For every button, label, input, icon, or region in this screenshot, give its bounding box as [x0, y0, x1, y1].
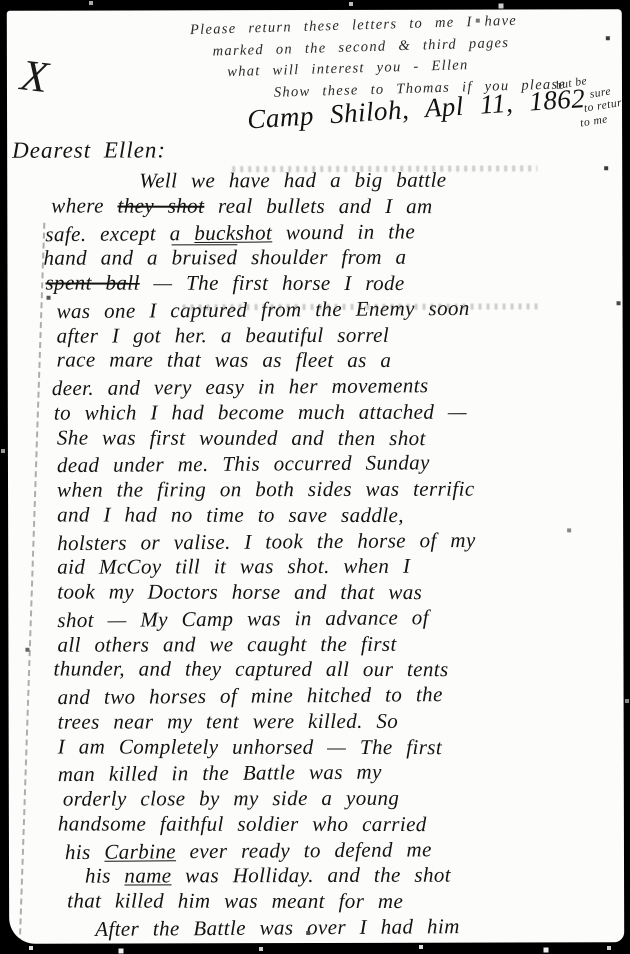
body-line-24: man killed in the Battle was my [58, 758, 624, 788]
body-text: shoulder from a [237, 245, 406, 269]
body-text: after I got her. a beautiful sorrel [57, 322, 390, 347]
decorated-text: they shot [117, 193, 204, 217]
letter-body: Well we have had a big battlewhere they … [7, 167, 624, 941]
body-text: aid McCoy till it was shot. when I [57, 554, 410, 579]
body-line-2: where they shot real bullets and I am [51, 193, 622, 220]
body-text: and two horses of mine hitched to the [57, 682, 442, 709]
body-text: safe. except a [45, 221, 194, 246]
body-text: She was first wounded and then shot [57, 425, 426, 450]
body-line-28: his name was Holliday. and the shot [85, 862, 624, 889]
body-line-29: that killed him was meant for me [67, 888, 624, 915]
body-text: to which I had become much attached — [54, 399, 467, 424]
body-line-17: took my Doctors horse and that was [57, 579, 623, 606]
body-text: I am Completely unhorsed — The first [58, 734, 442, 759]
body-text: deer. and very easy in her movements [52, 373, 429, 400]
body-text: race mare that was as fleet as a [57, 348, 392, 373]
body-line-30: After the Battle was over I had him [95, 913, 624, 943]
body-line-26: handsome faithful soldier who carried [58, 811, 624, 838]
body-text: man killed in the Battle was my [58, 760, 382, 787]
body-text: real bullets and I am [204, 193, 432, 217]
body-text: holsters or valise. I took the horse of … [57, 527, 476, 554]
body-line-25: orderly close by my side a young [63, 785, 624, 812]
body-line-12: dead under me. This occurred Sunday [57, 449, 623, 479]
body-text: that killed him was meant for me [67, 888, 403, 913]
body-text: took my Doctors horse and that was [57, 579, 422, 604]
body-text: was Holliday. and the shot [171, 863, 451, 888]
decorated-text: Carbine [104, 839, 176, 864]
body-line-7: after I got her. a beautiful sorrel [57, 322, 623, 349]
body-text: his [65, 839, 105, 863]
ink-smudge [232, 165, 537, 172]
body-line-5: spent ball — The first horse I rode [45, 270, 622, 297]
body-text: thunder, and they captured all our tents [53, 657, 448, 682]
body-line-4: hand and a bruised shoulder from a [43, 244, 622, 271]
decorated-text: buckshot [194, 220, 272, 245]
scan-specks [7, 11, 9, 13]
body-line-20: thunder, and they captured all our tents [53, 657, 623, 684]
body-line-3: safe. except a buckshot wound in the [45, 217, 622, 247]
body-line-19: all others and we caught the first [57, 631, 623, 658]
body-text: all others and we caught the first [57, 631, 396, 656]
body-line-15: holsters or valise. I took the horse of … [57, 526, 623, 556]
body-text: where [51, 193, 117, 217]
body-text: handsome faithful soldier who carried [58, 811, 427, 836]
body-text: — The first horse I rode [140, 271, 405, 295]
decorated-text: spent ball [45, 270, 139, 294]
body-text: hand and a [43, 246, 171, 270]
body-line-9: deer. and very easy in her movements [52, 372, 623, 402]
body-line-18: shot — My Camp was in advance of [57, 603, 623, 633]
body-text: orderly close by my side a young [63, 786, 400, 811]
body-line-13: when the firing on both sides was terrif… [57, 476, 623, 503]
body-text: and I had no time to save saddle, [57, 502, 404, 527]
body-line-11: She was first wounded and then shot [57, 425, 623, 452]
decorated-text: bruised [172, 245, 238, 269]
body-text: shot — My Camp was in advance of [57, 605, 429, 632]
body-text: ever ready to defend me [176, 837, 432, 863]
body-line-21: and two horses of mine hitched to the [57, 681, 623, 711]
decorated-text: name [124, 864, 171, 888]
body-line-16: aid McCoy till it was shot. when I [57, 553, 623, 580]
body-text: wound in the [272, 219, 415, 244]
body-line-22: trees near my tent were killed. So [58, 708, 624, 735]
body-line-23: I am Completely unhorsed — The first [58, 734, 624, 761]
body-text: dead under me. This occurred Sunday [57, 450, 430, 477]
body-line-14: and I had no time to save saddle, [57, 502, 623, 529]
salutation: Dearest Ellen: [12, 137, 166, 163]
body-line-10: to which I had become much attached — [54, 399, 623, 426]
body-text: trees near my tent were killed. So [58, 709, 399, 734]
letter-page: X Please return these letters to me I ha… [7, 9, 624, 944]
body-text: his [85, 864, 124, 888]
x-mark: X [18, 49, 51, 103]
ink-smudge [183, 303, 543, 310]
body-text: After the Battle was over I had him [95, 914, 460, 941]
body-line-8: race mare that was as fleet as a [57, 348, 623, 375]
body-text: when the firing on both sides was terrif… [57, 477, 475, 502]
body-line-27: his Carbine ever ready to defend me [65, 835, 624, 865]
scan-border-specks [0, 0, 2, 2]
